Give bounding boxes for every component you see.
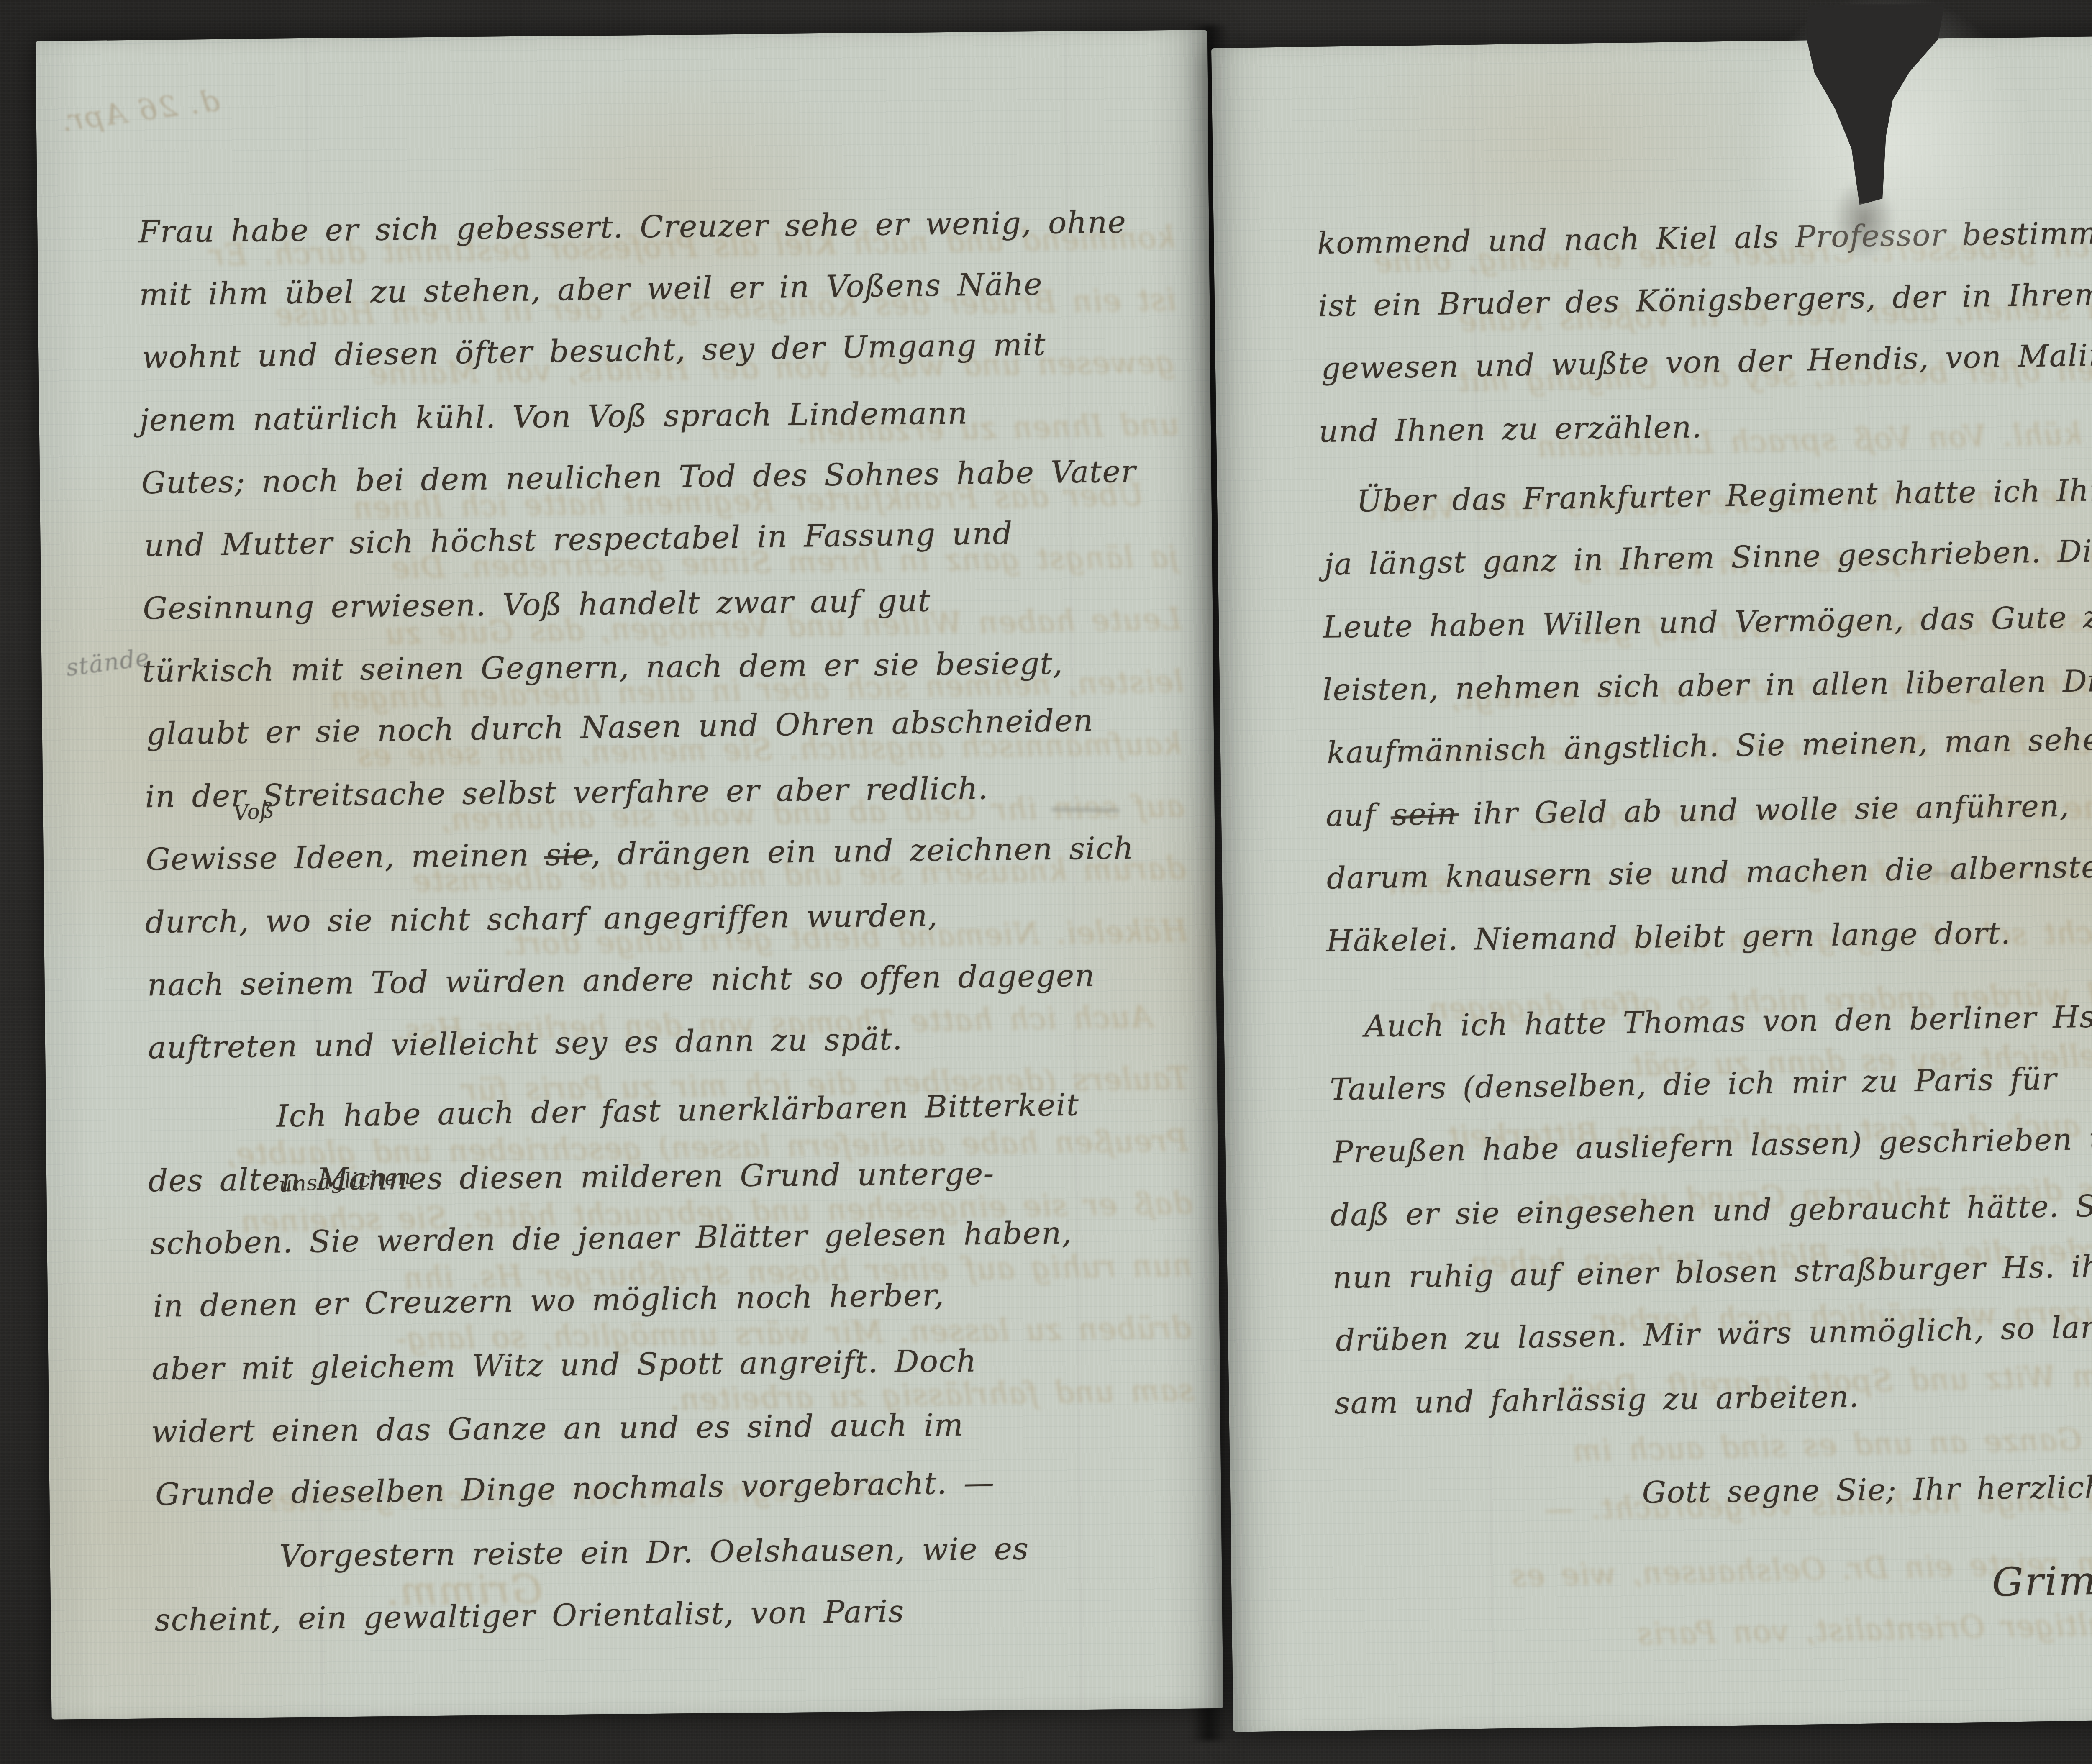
manuscript-line: nach seinem Tod würden andere nicht so o… [147,944,1202,1017]
left-page: d. 26 Apr. stände kommend und nach Kiel … [36,30,1223,1720]
manuscript-line: jenem natürlich kühl. Von Voß sprach Lin… [139,380,1194,452]
manuscript-line: Ich habe auch der fast unerklärbaren Bit… [151,1072,1206,1150]
manuscript-line: scheint, ein gewaltiger Orientalist, von… [154,1577,1210,1652]
manuscript-line: aber mit gleichem Witz und Spott angreif… [151,1328,1206,1401]
line-segment: ihr Geld ab und wolle sie anführen, [1457,788,2070,831]
manuscript-line-with-correction: Gewisse Ideen, meinen sie, drängen ein u… [146,816,1201,891]
line-segment: Gewisse Ideen, meinen [146,837,546,877]
scanned-letter-spread: { "colors": { "background": "#2f2e2c", "… [0,0,2092,1764]
line-segment: , drängen ein und zeichnen sich [591,831,1134,872]
manuscript-line: Auch ich hatte Thomas von den berliner H… [1328,982,2092,1058]
strikethrough-word: sie [545,837,591,873]
manuscript-line: Vorgestern reiste ein Dr. Oelshausen, wi… [154,1516,1208,1589]
manuscript-line: Frau habe er sich gebessert. Creuzer seh… [138,190,1193,264]
manuscript-line: durch, wo sie nicht scharf angegriffen w… [145,882,1200,954]
interlinear-insertion: Voß [233,798,275,826]
right-page: Schrift? Frau habe er sich gebessert. Cr… [1211,33,2092,1732]
manuscript-line: auftreten und vielleicht sey es dann zu … [148,1005,1203,1079]
manuscript-line: daß er sie eingesehen und gebraucht hätt… [1330,1171,2092,1246]
manuscript-line: kommend und nach Kiel als Professor best… [1317,198,2092,274]
faint-offset-inscription: d. 26 Apr. [58,83,221,138]
strikethrough-word: sein [1392,796,1457,832]
line-segment: auf [1325,797,1392,833]
letter-closing: Gott segne Sie; Ihr herzlichergebener [1334,1452,2092,1527]
manuscript-line: Gesinnung erwiesen. Voß handelt zwar auf… [143,567,1197,640]
right-page-text: kommend und nach Kiel als Professor best… [1317,196,2092,1626]
left-page-text: Frau habe er sich gebessert. Creuzer seh… [138,189,1209,1652]
signature: Grimm. [1339,1545,2092,1626]
paper-hole [1805,3,1952,205]
manuscript-line: Häkelei. Niemand bleibt gern lange dort. [1326,897,2092,972]
manuscript-line: in der Streitsache selbst verfahre er ab… [145,755,1200,828]
pencil-annotation-left-margin: stände [64,644,151,682]
manuscript-line: und Ihnen zu erzählen. [1318,388,2092,463]
